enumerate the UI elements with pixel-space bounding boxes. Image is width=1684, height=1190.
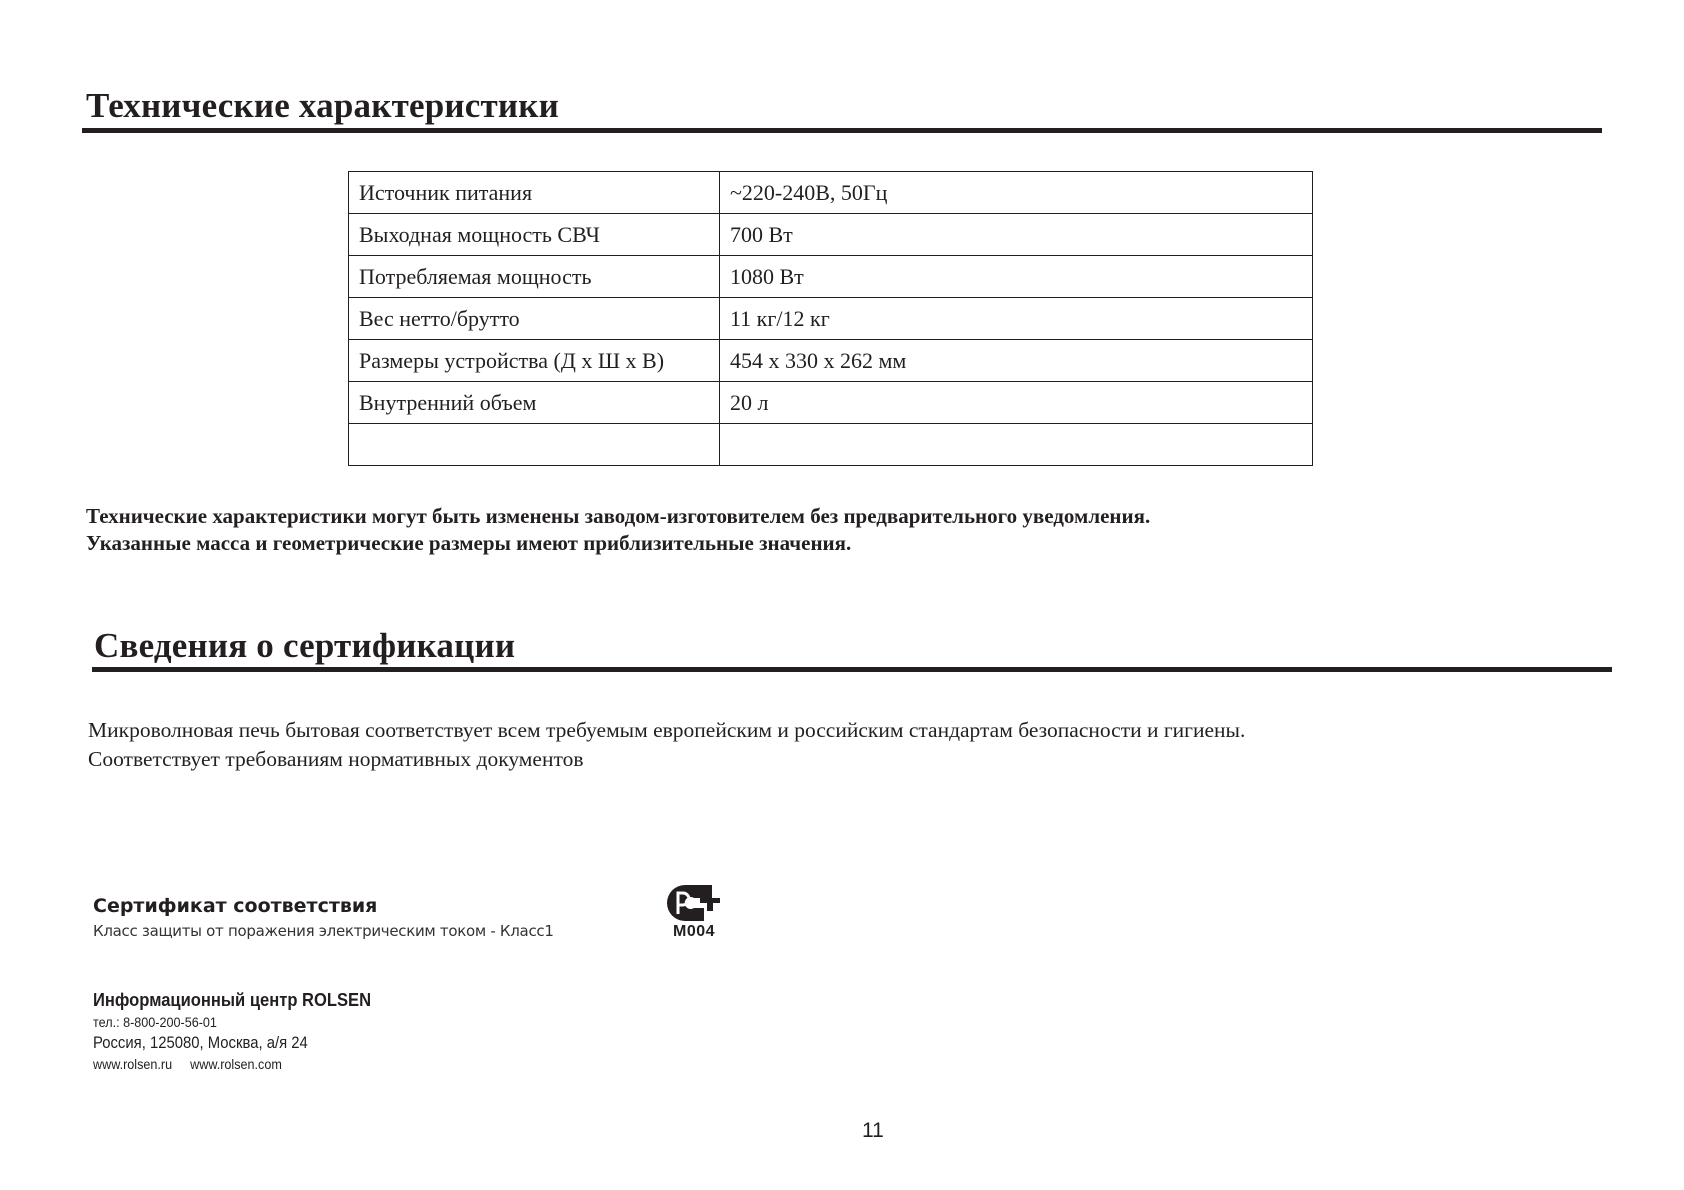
- table-row: [349, 424, 1313, 466]
- certificate-block: Сертификат соответствия Класс защиты от …: [93, 893, 554, 943]
- spec-label: Размеры устройства (Д х Ш х В): [349, 340, 720, 382]
- spec-value: 700 Вт: [720, 214, 1313, 256]
- certification-logo: М004: [663, 884, 725, 941]
- paragraph-line: Соответствует требованиям нормативных до…: [88, 745, 1245, 774]
- table-row: Размеры устройства (Д х Ш х В)454 х 330 …: [349, 340, 1313, 382]
- certification-heading-rule: [92, 667, 1612, 672]
- table-row: Выходная мощность СВЧ700 Вт: [349, 214, 1313, 256]
- certificate-subtitle: Класс защиты от поражения электрическим …: [93, 919, 554, 943]
- spec-label: Внутренний объем: [349, 382, 720, 424]
- info-center-title: Информационный центр ROLSEN: [93, 988, 371, 1012]
- table-row: Потребляемая мощность1080 Вт: [349, 256, 1313, 298]
- spec-value: [720, 424, 1313, 466]
- rst-certification-mark-icon: [666, 884, 722, 922]
- paragraph-line: Микроволновая печь бытовая соответствует…: [88, 716, 1245, 745]
- table-row: Внутренний объем20 л: [349, 382, 1313, 424]
- info-center-address: Россия, 125080, Москва, а/я 24: [93, 1033, 365, 1054]
- certification-heading: Сведения о сертификации: [94, 626, 515, 666]
- spec-value: 20 л: [720, 382, 1313, 424]
- spec-value: ~220-240В, 50Гц: [720, 172, 1313, 214]
- spec-label: Источник питания: [349, 172, 720, 214]
- certification-paragraph: Микроволновая печь бытовая соответствует…: [88, 716, 1245, 774]
- specs-table: Источник питания~220-240В, 50Гц Выходная…: [348, 171, 1313, 466]
- spec-label: Вес нетто/брутто: [349, 298, 720, 340]
- spec-label: Выходная мощность СВЧ: [349, 214, 720, 256]
- info-center-block: Информационный центр ROLSEN тел.: 8-800-…: [93, 988, 395, 1075]
- info-center-links: www.rolsen.ruwww.rolsen.com: [93, 1054, 365, 1075]
- spec-value: 11 кг/12 кг: [720, 298, 1313, 340]
- certificate-title: Сертификат соответствия: [93, 893, 554, 919]
- spec-label: Потребляемая мощность: [349, 256, 720, 298]
- disclaimer-line: Технические характеристики могут быть из…: [86, 503, 1150, 530]
- website-link[interactable]: www.rolsen.ru: [93, 1056, 172, 1072]
- spec-value: 1080 Вт: [720, 256, 1313, 298]
- website-link[interactable]: www.rolsen.com: [190, 1056, 282, 1072]
- specs-heading-rule: [82, 128, 1602, 133]
- info-center-phone: тел.: 8-800-200-56-01: [93, 1012, 365, 1033]
- specs-heading: Технические характеристики: [86, 86, 559, 126]
- specs-disclaimer: Технические характеристики могут быть из…: [86, 503, 1150, 557]
- page-number: 11: [862, 1119, 884, 1143]
- table-row: Вес нетто/брутто11 кг/12 кг: [349, 298, 1313, 340]
- disclaimer-line: Указанные масса и геометрические размеры…: [86, 530, 1150, 557]
- spec-label: [349, 424, 720, 466]
- table-row: Источник питания~220-240В, 50Гц: [349, 172, 1313, 214]
- certification-code: М004: [663, 923, 725, 941]
- spec-value: 454 х 330 х 262 мм: [720, 340, 1313, 382]
